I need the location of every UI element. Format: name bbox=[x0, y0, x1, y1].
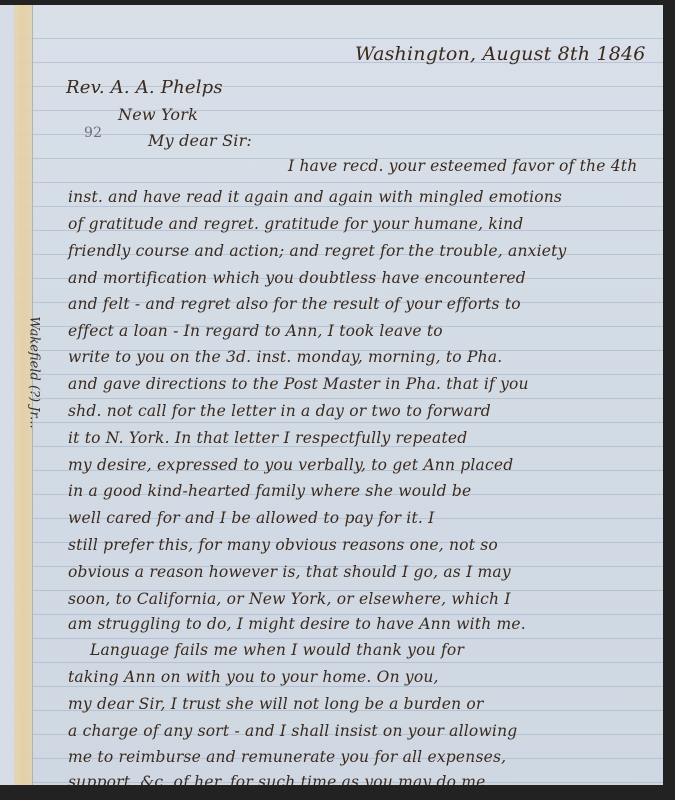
adjacent-sheet-edge bbox=[0, 5, 15, 785]
body-line: friendly course and action; and regret f… bbox=[68, 242, 567, 260]
body-line: and felt - and regret also for the resul… bbox=[68, 295, 521, 313]
scanned-page: Wakefield (?) Jr... Washington, August 8… bbox=[0, 0, 675, 800]
body-line: taking Ann on with you to your home. On … bbox=[68, 668, 439, 686]
body-line: still prefer this, for many obvious reas… bbox=[68, 536, 498, 554]
pencil-number-note: 92 bbox=[84, 125, 102, 141]
body-line: effect a loan - In regard to Ann, I took… bbox=[68, 322, 443, 340]
body-line: it to N. York. In that letter I respectf… bbox=[68, 429, 467, 447]
recipient-city: New York bbox=[118, 105, 198, 124]
body-line: inst. and have read it again and again w… bbox=[68, 188, 562, 206]
body-line: and gave directions to the Post Master i… bbox=[68, 375, 529, 393]
body-line: a charge of any sort - and I shall insis… bbox=[68, 722, 517, 740]
body-line: of gratitude and regret. gratitude for y… bbox=[68, 215, 523, 233]
dateline: Washington, August 8th 1846 bbox=[355, 43, 646, 65]
body-line: my desire, expressed to you verbally, to… bbox=[68, 456, 513, 474]
body-line: I have recd. your esteemed favor of the … bbox=[288, 157, 637, 175]
salutation: My dear Sir: bbox=[148, 131, 252, 150]
body-line: support, &c. of her, for such time as yo… bbox=[68, 773, 486, 785]
margin-docket-note: Wakefield (?) Jr... bbox=[27, 316, 42, 428]
body-line: my dear Sir, I trust she will not long b… bbox=[68, 695, 484, 713]
body-line: and mortification which you doubtless ha… bbox=[68, 269, 526, 287]
body-line: me to reimburse and remunerate you for a… bbox=[68, 748, 506, 766]
body-line: obvious a reason however is, that should… bbox=[68, 563, 511, 581]
body-line: Language fails me when I would thank you… bbox=[90, 641, 464, 659]
letter-sheet: Wakefield (?) Jr... Washington, August 8… bbox=[0, 5, 663, 785]
recipient-name: Rev. A. A. Phelps bbox=[66, 77, 223, 98]
body-line: am struggling to do, I might desire to h… bbox=[68, 615, 526, 633]
body-line: in a good kind-hearted family where she … bbox=[68, 482, 471, 500]
body-line: soon, to California, or New York, or els… bbox=[68, 590, 511, 608]
body-line: write to you on the 3d. inst. monday, mo… bbox=[68, 348, 502, 366]
body-line: shd. not call for the letter in a day or… bbox=[68, 402, 491, 420]
body-line: well cared for and I be allowed to pay f… bbox=[68, 509, 434, 527]
